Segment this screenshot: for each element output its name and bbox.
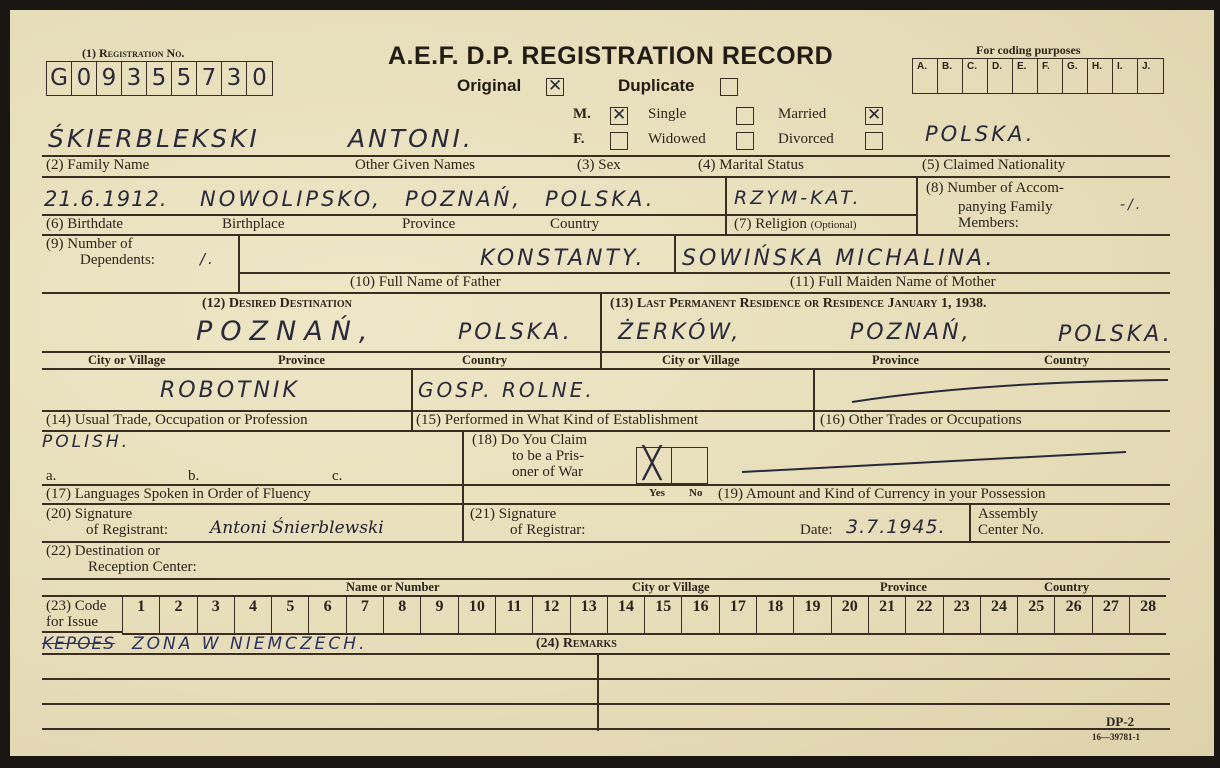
divider xyxy=(597,653,599,731)
code-cell[interactable]: 11 xyxy=(495,597,532,633)
code-cell[interactable]: 21 xyxy=(868,597,905,633)
accompanying-label-3: Members: xyxy=(958,215,1019,232)
divorced-checkbox[interactable] xyxy=(865,132,883,150)
code-cell[interactable]: 25 xyxy=(1017,597,1054,633)
dash-line-icon xyxy=(740,442,1130,478)
establishment-value[interactable]: GOSP. ROLNE. xyxy=(418,378,595,402)
last-residence-label: (13) Last Permanent Residence or Residen… xyxy=(610,296,986,312)
coding-cell[interactable]: E. xyxy=(1013,59,1038,93)
widowed-label: Widowed xyxy=(648,131,706,148)
city-label: City or Village xyxy=(88,353,166,368)
single-checkbox[interactable] xyxy=(736,107,754,125)
assembly-label-1: Assembly xyxy=(978,506,1038,523)
coding-cells: A. B. C. D. E. F. G. H. I. J. xyxy=(912,58,1164,94)
remarks-line xyxy=(42,703,1170,705)
divider xyxy=(42,631,122,633)
father-name-label: (10) Full Name of Father xyxy=(350,274,501,291)
dependents-label-2: Dependents: xyxy=(80,252,155,269)
coding-cell[interactable]: F. xyxy=(1038,59,1063,93)
code-cell[interactable]: 7 xyxy=(346,597,383,633)
reg-digit: 5 xyxy=(172,62,197,95)
dependents-label-1: (9) Number of xyxy=(46,236,133,253)
accompanying-label-2: panying Family xyxy=(958,199,1053,216)
code-cell[interactable]: 20 xyxy=(831,597,868,633)
crossed-out-text: KEPOES xyxy=(42,634,115,654)
code-cell[interactable]: 8 xyxy=(383,597,420,633)
code-cell[interactable]: 26 xyxy=(1054,597,1091,633)
sex-m-label: M. xyxy=(573,106,591,123)
language-c-label: c. xyxy=(332,468,342,485)
desired-city-value[interactable]: POZNAŃ, xyxy=(196,316,375,347)
original-label: Original xyxy=(457,76,521,96)
married-label: Married xyxy=(778,106,826,123)
language-a-label: a. xyxy=(46,468,56,485)
registration-card: (1) Registration No. G 0 9 3 5 5 7 3 0 A… xyxy=(10,10,1214,756)
code-country-label: Country xyxy=(1044,580,1089,595)
religion-value[interactable]: RZYM-KAT. xyxy=(734,187,862,209)
divorced-label: Divorced xyxy=(778,131,834,148)
divider xyxy=(42,368,1170,370)
assembly-label-2: Center No. xyxy=(978,522,1044,539)
country-label: Country xyxy=(462,353,507,368)
reg-digit: 3 xyxy=(122,62,147,95)
birthplace-label: Birthplace xyxy=(222,216,284,233)
coding-cell[interactable]: D. xyxy=(988,59,1013,93)
reception-label-1: (22) Destination or xyxy=(46,543,160,560)
code-province-label: Province xyxy=(880,580,927,595)
given-names-label: Other Given Names xyxy=(355,157,475,174)
divider xyxy=(674,234,676,274)
pow-label-2: to be a Pris- xyxy=(512,448,584,465)
registrant-signature-label-2: of Registrant: xyxy=(86,522,168,539)
divider xyxy=(42,595,122,597)
coding-cell[interactable]: J. xyxy=(1138,59,1163,93)
marital-status-label: (4) Marital Status xyxy=(698,157,804,174)
code-cell[interactable]: 2 xyxy=(159,597,196,633)
divider xyxy=(411,368,413,430)
code-cell[interactable]: 28 xyxy=(1129,597,1166,633)
desired-destination-label: (12) Desired Destination xyxy=(202,296,352,312)
pow-label-3: oner of War xyxy=(512,464,583,481)
reception-label-2: Reception Center: xyxy=(88,559,197,576)
code-cell[interactable]: 19 xyxy=(793,597,830,633)
code-cell[interactable]: 4 xyxy=(234,597,271,633)
divider xyxy=(42,292,1170,294)
code-cell[interactable]: 16 xyxy=(681,597,718,633)
last-city-value[interactable]: ŻERKÓW, xyxy=(618,320,741,345)
province-label: Province xyxy=(402,216,455,233)
pow-yes-checkbox[interactable]: ╳ xyxy=(636,447,672,484)
remarks-note[interactable]: ŻONA W NIEMCZECH. xyxy=(132,634,367,654)
code-cell[interactable]: 22 xyxy=(905,597,942,633)
code-cell[interactable]: 6 xyxy=(308,597,345,633)
family-name-label: (2) Family Name xyxy=(46,157,149,174)
last-country-value[interactable]: POLSKA. xyxy=(1058,322,1173,347)
registration-no-label: (1) Registration No. xyxy=(82,46,184,61)
divider xyxy=(813,368,815,430)
code-cell[interactable]: 12 xyxy=(532,597,569,633)
divider xyxy=(969,503,971,542)
divider xyxy=(42,351,1170,353)
original-checkbox[interactable] xyxy=(546,78,564,96)
coding-cell[interactable]: B. xyxy=(938,59,963,93)
divider xyxy=(42,653,1170,655)
coding-cell[interactable]: I. xyxy=(1113,59,1138,93)
mother-name-label: (11) Full Maiden Name of Mother xyxy=(790,274,996,291)
given-names-value[interactable]: ANTONI. xyxy=(348,124,474,153)
trade-value[interactable]: ROBOTNIK xyxy=(160,378,300,403)
reg-digit: 7 xyxy=(197,62,222,95)
date-value[interactable]: 3.7.1945. xyxy=(846,516,946,538)
father-name-value[interactable]: KONSTANTY. xyxy=(480,246,646,271)
other-trades-label: (16) Other Trades or Occupations xyxy=(820,412,1022,429)
reg-digit: 5 xyxy=(147,62,172,95)
divider xyxy=(916,176,918,234)
reg-digit: G xyxy=(47,62,72,95)
birthdate-value[interactable]: 21.6.1912. xyxy=(44,187,168,211)
coding-cell[interactable]: G. xyxy=(1063,59,1088,93)
reg-digit: 0 xyxy=(72,62,97,95)
sex-m-checkbox[interactable] xyxy=(610,107,628,125)
establishment-label: (15) Performed in What Kind of Establish… xyxy=(416,412,698,429)
divider xyxy=(42,541,1170,543)
code-cell[interactable]: 9 xyxy=(420,597,457,633)
remarks-line xyxy=(42,728,1170,730)
sex-f-label: F. xyxy=(573,131,585,148)
code-cell[interactable]: 23 xyxy=(943,597,980,633)
form-title: A.E.F. D.P. REGISTRATION RECORD xyxy=(388,42,833,71)
birthplace-value[interactable]: NOWOLIPSKO, xyxy=(200,187,382,211)
coding-cell[interactable]: A. xyxy=(913,59,938,93)
code-cell[interactable]: 14 xyxy=(607,597,644,633)
registrant-signature-label-1: (20) Signature xyxy=(46,506,132,523)
nationality-label: (5) Claimed Nationality xyxy=(922,157,1065,174)
language-b-label: b. xyxy=(188,468,199,485)
city-or-village-label: City or Village xyxy=(632,580,710,595)
last-province-value[interactable]: POZNAŃ, xyxy=(850,320,972,345)
pow-label-1: (18) Do You Claim xyxy=(472,432,587,449)
religion-label-text: (7) Religion xyxy=(734,216,807,232)
religion-optional: (Optional) xyxy=(811,219,857,231)
religion-label: (7) Religion (Optional) xyxy=(734,216,856,233)
yes-label: Yes xyxy=(649,487,665,499)
code-cell[interactable]: 5 xyxy=(271,597,308,633)
birthdate-label: (6) Birthdate xyxy=(46,216,123,233)
widowed-checkbox[interactable] xyxy=(736,132,754,150)
city-label: City or Village xyxy=(662,353,740,368)
date-label: Date: xyxy=(800,522,832,539)
currency-label: (19) Amount and Kind of Currency in your… xyxy=(718,486,1045,503)
divider xyxy=(42,430,1170,432)
trade-label: (14) Usual Trade, Occupation or Professi… xyxy=(46,412,308,429)
divider xyxy=(725,176,727,234)
code-issue-label-2: for Issue xyxy=(46,614,98,631)
coding-cell[interactable]: C. xyxy=(963,59,988,93)
code-cell[interactable]: 13 xyxy=(570,597,607,633)
code-cell[interactable]: 18 xyxy=(756,597,793,633)
issue-code-cells: 1 2 3 4 5 6 7 8 9 10 11 12 13 14 15 16 1… xyxy=(122,595,1166,635)
province-label: Province xyxy=(872,353,919,368)
code-cell[interactable]: 10 xyxy=(458,597,495,633)
divider xyxy=(238,234,240,292)
code-cell[interactable]: 1 xyxy=(122,597,159,633)
pow-no-checkbox[interactable] xyxy=(671,447,708,484)
code-cell[interactable]: 27 xyxy=(1092,597,1129,633)
dependents-value[interactable]: /. xyxy=(200,250,216,268)
code-cell[interactable]: 24 xyxy=(980,597,1017,633)
name-or-number-label: Name or Number xyxy=(346,580,440,595)
reg-digit: 3 xyxy=(222,62,247,95)
code-cell[interactable]: 17 xyxy=(719,597,756,633)
registrant-signature[interactable]: Antoni Śnierblewski xyxy=(210,518,384,538)
remarks-label: (24) Remarks xyxy=(536,636,617,652)
registration-number-cells: G 0 9 3 5 5 7 3 0 xyxy=(46,61,273,96)
coding-label: For coding purposes xyxy=(976,43,1080,58)
language-a-value[interactable]: POLISH. xyxy=(42,432,130,452)
no-label: No xyxy=(689,487,702,499)
dash-line-icon xyxy=(850,372,1170,408)
country-label: Country xyxy=(1044,353,1089,368)
divider xyxy=(462,430,464,542)
code-issue-label-1: (23) Code xyxy=(46,598,106,615)
country-label: Country xyxy=(550,216,599,233)
reg-digit: 0 xyxy=(247,62,272,95)
divider xyxy=(42,578,1170,580)
divider xyxy=(42,234,1170,236)
sex-f-checkbox[interactable] xyxy=(610,132,628,150)
divider xyxy=(600,292,602,368)
married-checkbox[interactable] xyxy=(865,107,883,125)
remarks-line xyxy=(42,678,1170,680)
province-label: Province xyxy=(278,353,325,368)
reg-digit: 9 xyxy=(97,62,122,95)
registrar-signature-label-2: of Registrar: xyxy=(510,522,585,539)
birth-province-value[interactable]: POZNAŃ, xyxy=(405,187,522,211)
registrar-signature-label-1: (21) Signature xyxy=(470,506,556,523)
family-name-value[interactable]: ŚKIERBLEKSKI xyxy=(48,124,260,153)
code-cell[interactable]: 3 xyxy=(197,597,234,633)
divider xyxy=(42,176,1170,178)
sex-label: (3) Sex xyxy=(577,157,621,174)
duplicate-checkbox[interactable] xyxy=(720,78,738,96)
duplicate-label: Duplicate xyxy=(618,76,695,96)
print-code: 16—39781-1 xyxy=(1092,732,1140,742)
desired-country-value[interactable]: POLSKA. xyxy=(458,320,573,345)
mother-name-value[interactable]: SOWIŃSKA MICHALINA. xyxy=(682,246,996,271)
form-id: DP-2 xyxy=(1106,714,1134,730)
birth-country-value[interactable]: POLSKA. xyxy=(545,187,655,211)
coding-cell[interactable]: H. xyxy=(1088,59,1113,93)
divider xyxy=(42,503,1170,505)
single-label: Single xyxy=(648,106,686,123)
languages-label: (17) Languages Spoken in Order of Fluenc… xyxy=(46,486,311,503)
accompanying-label-1: (8) Number of Accom- xyxy=(926,180,1064,197)
code-cell[interactable]: 15 xyxy=(644,597,681,633)
accompanying-value[interactable]: -/. xyxy=(1120,197,1143,213)
nationality-value[interactable]: POLSKA. xyxy=(925,122,1035,146)
